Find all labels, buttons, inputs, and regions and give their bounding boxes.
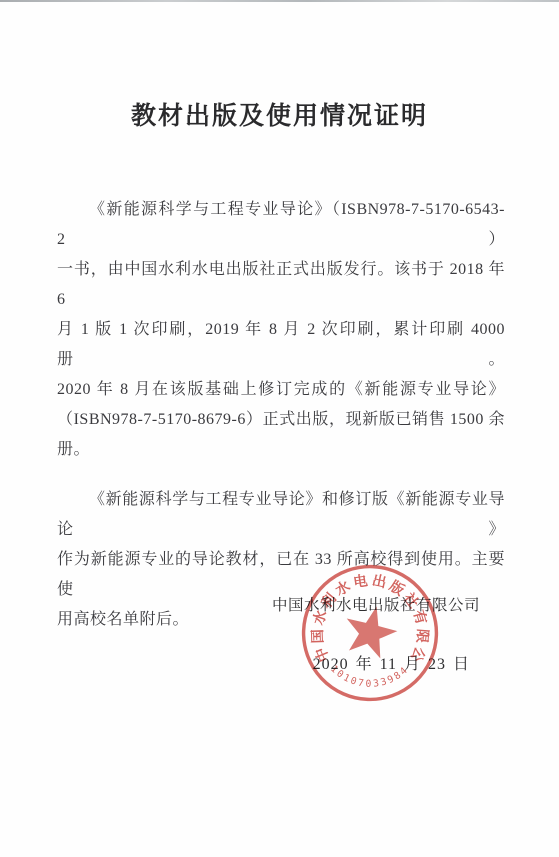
paragraph-1: 《新能源科学与工程专业导论》（ISBN978-7-5170-6543-2） 一书… — [57, 195, 505, 465]
paragraph-line: 2020 年 8 月在该版基础上修订完成的《新能源专业导论》 — [57, 375, 505, 405]
signature-date: 2020 年 11 月 23 日 — [0, 651, 559, 674]
signature-company: 中国水利水电出版社有限公司 — [0, 593, 559, 615]
document-body: 《新能源科学与工程专业导论》（ISBN978-7-5170-6543-2） 一书… — [0, 195, 559, 635]
paragraph-line: 一书，由中国水利水电出版社正式出版发行。该书于 2018 年 6 — [57, 255, 505, 315]
seal-ring-text: 中国水利水电出版社有限公司 — [296, 559, 434, 669]
paragraph-line: （ISBN978-7-5170-8679-6）正式出版，现新版已销售 1500 … — [57, 405, 505, 465]
paragraph-line: 月 1 版 1 次印刷，2019 年 8 月 2 次印刷，累计印刷 4000 册… — [57, 315, 505, 375]
official-seal-stamp: 中国水利水电出版社有限公司 101070339847 — [296, 559, 445, 708]
certificate-page: 教材出版及使用情况证明 《新能源科学与工程专业导论》（ISBN978-7-517… — [0, 0, 559, 857]
star-icon — [339, 600, 402, 661]
seal-graphic: 中国水利水电出版社有限公司 101070339847 — [296, 559, 445, 708]
seal-ring-text-container: 中国水利水电出版社有限公司 — [296, 559, 434, 669]
paragraph-line: 《新能源科学与工程专业导论》（ISBN978-7-5170-6543-2） — [57, 195, 505, 255]
paragraph-line: 《新能源科学与工程专业导论》和修订版《新能源专业导论》 — [57, 485, 505, 545]
page-title: 教材出版及使用情况证明 — [0, 0, 559, 134]
scan-edge-line — [0, 0, 559, 2]
